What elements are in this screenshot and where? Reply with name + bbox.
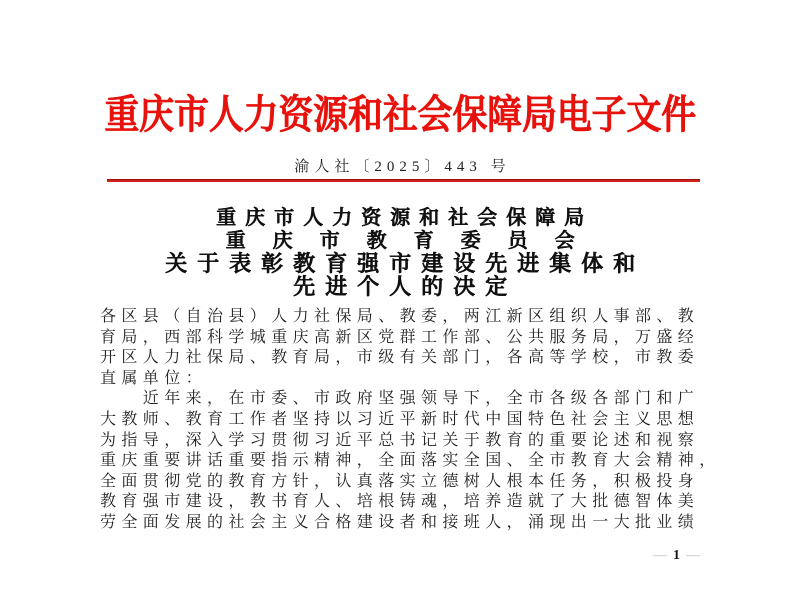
document-number: 渝人社〔2025〕443 号 bbox=[0, 155, 800, 176]
body-line: 为指导，深入学习贯彻习近平总书记关于教育的重要论述和视察 bbox=[100, 431, 704, 452]
letterhead: 重庆市人力资源和社会保障局电子文件 bbox=[0, 92, 800, 138]
page-number-dash-right: — bbox=[680, 548, 706, 563]
title-subject-line-2: 先进个人的决定 bbox=[0, 275, 800, 298]
body-line: 各区县（自治县）人力社保局、教委，两江新区组织人事部、教 bbox=[100, 307, 704, 328]
page-number-dash-left: — bbox=[647, 548, 673, 563]
body-line: 开区人力社保局、教育局，市级有关部门，各高等学校，市教委 bbox=[100, 348, 704, 369]
document-title: 重庆市人力资源和社会保障局 重庆市教育委员会 关于表彰教育强市建设先进集体和 先… bbox=[0, 207, 800, 298]
red-divider-rule bbox=[107, 179, 700, 182]
document-page: 重庆市人力资源和社会保障局电子文件 渝人社〔2025〕443 号 重庆市人力资源… bbox=[0, 0, 800, 600]
body-line: 重庆重要讲话重要指示精神，全面落实全国、全市教育大会精神， bbox=[100, 451, 704, 472]
body-line: 劳全面发展的社会主义合格建设者和接班人，涌现出一大批业绩 bbox=[100, 513, 704, 534]
body-line: 大教师、教育工作者坚持以习近平新时代中国特色社会主义思想 bbox=[100, 410, 704, 431]
body-line: 直属单位： bbox=[100, 369, 704, 390]
body-line: 全面贯彻党的教育方针，认真落实立德树人根本任务，积极投身 bbox=[100, 472, 704, 493]
title-issuing-org-1: 重庆市人力资源和社会保障局 bbox=[0, 207, 800, 230]
page-number: —1— bbox=[647, 548, 706, 564]
body-line: 近年来，在市委、市政府坚强领导下，全市各级各部门和广 bbox=[100, 389, 704, 410]
page-number-value: 1 bbox=[673, 548, 680, 563]
title-subject-line-1: 关于表彰教育强市建设先进集体和 bbox=[0, 252, 800, 275]
body-line: 教育强市建设，教书育人、培根铸魂，培养造就了大批德智体美 bbox=[100, 492, 704, 513]
document-body: 各区县（自治县）人力社保局、教委，两江新区组织人事部、教 育局，西部科学城重庆高… bbox=[100, 307, 704, 534]
letterhead-title: 重庆市人力资源和社会保障局电子文件 bbox=[104, 92, 696, 138]
title-issuing-org-2: 重庆市教育委员会 bbox=[0, 230, 800, 252]
body-line: 育局，西部科学城重庆高新区党群工作部、公共服务局，万盛经 bbox=[100, 328, 704, 349]
